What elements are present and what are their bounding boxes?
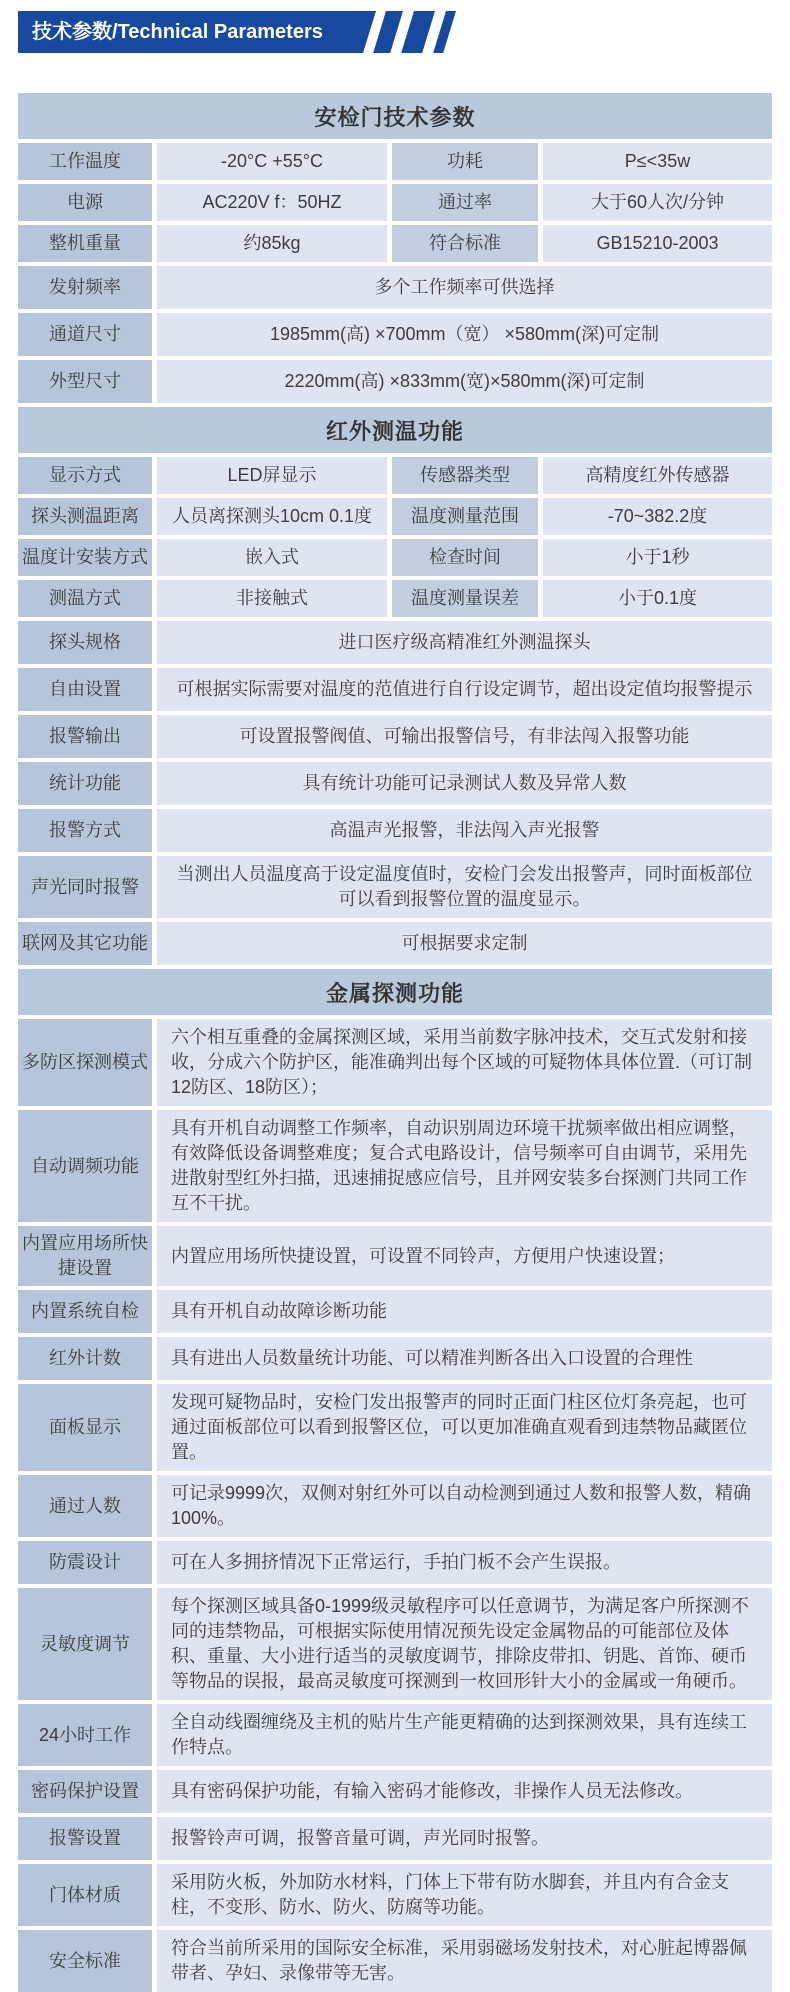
param-value-cell: 嵌入式 xyxy=(157,539,387,576)
param-label-cell: 防震设计 xyxy=(18,1541,152,1584)
param-label-cell: 面板显示 xyxy=(18,1384,152,1471)
param-value-cell: 可记录9999次，双侧对射红外可以自动检测到通过人数和报警人数，精确100%。 xyxy=(157,1475,772,1537)
param-value-cell: -20°C +55°C xyxy=(157,143,387,180)
param-label-cell: 电源 xyxy=(18,184,152,221)
param-value-cell: 多个工作频率可供选择 xyxy=(157,266,772,309)
param-value-cell: 非接触式 xyxy=(157,580,387,617)
table-row: 报警方式高温声光报警，非法闯入声光报警 xyxy=(18,809,772,852)
table-row: 外型尺寸2220mm(高) ×833mm(宽)×580mm(深)可定制 xyxy=(18,360,772,403)
param-label-cell: 报警设置 xyxy=(18,1817,152,1860)
param-label-cell: 探头测温距离 xyxy=(18,498,152,535)
table-row: 24小时工作全自动线圈缠绕及主机的贴片生产能更精确的达到探测效果，具有连续工作特… xyxy=(18,1704,772,1766)
param-label-cell: 测温方式 xyxy=(18,580,152,617)
param-label-cell: 自动调频功能 xyxy=(18,1110,152,1222)
param-value-cell: 符合当前所采用的国际安全标准，采用弱磁场发射技术，对心脏起博器佩带者、孕妇、录像… xyxy=(157,1930,772,1992)
param-value-cell: 全自动线圈缠绕及主机的贴片生产能更精确的达到探测效果，具有连续工作特点。 xyxy=(157,1704,772,1766)
parameters-table: 安检门技术参数工作温度-20°C +55°C功耗P≤<35w电源AC220V f… xyxy=(18,93,772,1992)
table-row: 电源AC220V f：50HZ通过率大于60人次/分钟 xyxy=(18,184,772,221)
param-label-cell: 通过人数 xyxy=(18,1475,152,1537)
table-row: 发射频率多个工作频率可供选择 xyxy=(18,266,772,309)
param-label-cell: 整机重量 xyxy=(18,225,152,262)
param-label-cell: 安全标准 xyxy=(18,1930,152,1992)
table-row: 探头测温距离人员离探测头10cm 0.1度温度测量范围-70~382.2度 xyxy=(18,498,772,535)
param-value-cell: 高精度红外传感器 xyxy=(543,457,772,494)
param-value-cell: 可在人多拥挤情况下正常运行，手拍门板不会产生误报。 xyxy=(157,1541,772,1584)
table-row: 联网及其它功能可根据要求定制 xyxy=(18,922,772,965)
table-row: 声光同时报警当测出人员温度高于设定温度值时，安检门会发出报警声，同时面板部位可以… xyxy=(18,856,772,918)
table-row: 整机重量约85kg符合标准GB15210-2003 xyxy=(18,225,772,262)
param-label-cell: 内置系统自检 xyxy=(18,1290,152,1333)
param-label-cell: 外型尺寸 xyxy=(18,360,152,403)
table-row: 探头规格进口医疗级高精准红外测温探头 xyxy=(18,621,772,664)
param-value-cell: 可根据实际需要对温度的范值进行自行设定调节，超出设定值均报警提示 xyxy=(157,668,772,711)
param-value-cell: 高温声光报警，非法闯入声光报警 xyxy=(157,809,772,852)
table-row: 温度计安装方式嵌入式检查时间小于1秒 xyxy=(18,539,772,576)
param-label-cell: 密码保护设置 xyxy=(18,1770,152,1813)
param-value-cell: 具有开机自动调整工作频率，自动识别周边环境干扰频率做出相应调整，有效降低设备调整… xyxy=(157,1110,772,1222)
param-value-cell: AC220V f：50HZ xyxy=(157,184,387,221)
table-row: 自动调频功能具有开机自动调整工作频率，自动识别周边环境干扰频率做出相应调整，有效… xyxy=(18,1110,772,1222)
param-value-cell: 具有统计功能可记录测试人数及异常人数 xyxy=(157,762,772,805)
table-row: 多防区探测模式六个相互重叠的金属探测区域，采用当前数字脉冲技术，交互式发射和接收… xyxy=(18,1019,772,1106)
param-value-cell: 六个相互重叠的金属探测区域，采用当前数字脉冲技术，交互式发射和接收，分成六个防护… xyxy=(157,1019,772,1106)
table-row: 内置应用场所快捷设置内置应用场所快捷设置，可设置不同铃声，方便用户快速设置； xyxy=(18,1226,772,1286)
param-label-cell: 红外计数 xyxy=(18,1337,152,1380)
param-label-cell: 多防区探测模式 xyxy=(18,1019,152,1106)
param-value-cell: 采用防火板，外加防水材料，门体上下带有防水脚套，并且内有合金支柱，不变形、防水、… xyxy=(157,1864,772,1926)
table-row: 统计功能具有统计功能可记录测试人数及异常人数 xyxy=(18,762,772,805)
param-value-cell: 2220mm(高) ×833mm(宽)×580mm(深)可定制 xyxy=(157,360,772,403)
param-label-cell: 功耗 xyxy=(392,143,538,180)
section-header: 红外测温功能 xyxy=(18,407,772,453)
param-label-cell: 温度测量范围 xyxy=(392,498,538,535)
param-label-cell: 温度测量误差 xyxy=(392,580,538,617)
param-value-cell: 1985mm(高) ×700mm（宽） ×580mm(深)可定制 xyxy=(157,313,772,356)
param-value-cell: 每个探测区域具备0-1999级灵敏程序可以任意调节，为满足客户所探测不同的违禁物… xyxy=(157,1588,772,1700)
param-value-cell: 约85kg xyxy=(157,225,387,262)
param-label-cell: 符合标准 xyxy=(392,225,538,262)
param-label-cell: 探头规格 xyxy=(18,621,152,664)
table-row: 报警设置报警铃声可调，报警音量可调，声光同时报警。 xyxy=(18,1817,772,1860)
table-row: 防震设计可在人多拥挤情况下正常运行，手拍门板不会产生误报。 xyxy=(18,1541,772,1584)
section-header: 金属探测功能 xyxy=(18,969,772,1015)
param-label-cell: 通道尺寸 xyxy=(18,313,152,356)
param-label-cell: 24小时工作 xyxy=(18,1704,152,1766)
table-row: 通过人数可记录9999次，双侧对射红外可以自动检测到通过人数和报警人数，精确10… xyxy=(18,1475,772,1537)
param-label-cell: 通过率 xyxy=(392,184,538,221)
param-label-cell: 检查时间 xyxy=(392,539,538,576)
param-value-cell: 可设置报警阀值、可输出报警信号，有非法闯入报警功能 xyxy=(157,715,772,758)
table-row: 显示方式LED屏显示传感器类型高精度红外传感器 xyxy=(18,457,772,494)
banner-stripe-icon xyxy=(401,11,435,53)
param-label-cell: 工作温度 xyxy=(18,143,152,180)
param-label-cell: 显示方式 xyxy=(18,457,152,494)
table-row: 红外计数具有进出人员数量统计功能、可以精准判断各出入口设置的合理性 xyxy=(18,1337,772,1380)
table-row: 通道尺寸1985mm(高) ×700mm（宽） ×580mm(深)可定制 xyxy=(18,313,772,356)
table-row: 测温方式非接触式温度测量误差小于0.1度 xyxy=(18,580,772,617)
param-value-cell: 当测出人员温度高于设定温度值时，安检门会发出报警声，同时面板部位可以看到报警位置… xyxy=(157,856,772,918)
table-row: 灵敏度调节每个探测区域具备0-1999级灵敏程序可以任意调节，为满足客户所探测不… xyxy=(18,1588,772,1700)
param-value-cell: 可根据要求定制 xyxy=(157,922,772,965)
param-label-cell: 温度计安装方式 xyxy=(18,539,152,576)
table-row: 工作温度-20°C +55°C功耗P≤<35w xyxy=(18,143,772,180)
param-label-cell: 统计功能 xyxy=(18,762,152,805)
table-row: 自由设置可根据实际需要对温度的范值进行自行设定调节，超出设定值均报警提示 xyxy=(18,668,772,711)
table-row: 密码保护设置具有密码保护功能，有输入密码才能修改，非操作人员无法修改。 xyxy=(18,1770,772,1813)
param-label-cell: 联网及其它功能 xyxy=(18,922,152,965)
table-row: 内置系统自检具有开机自动故障诊断功能 xyxy=(18,1290,772,1333)
table-row: 门体材质采用防火板，外加防水材料，门体上下带有防水脚套，并且内有合金支柱，不变形… xyxy=(18,1864,772,1926)
param-value-cell: 人员离探测头10cm 0.1度 xyxy=(157,498,387,535)
banner-stripe-icon xyxy=(373,11,403,53)
param-value-cell: 具有开机自动故障诊断功能 xyxy=(157,1290,772,1333)
param-label-cell: 门体材质 xyxy=(18,1864,152,1926)
param-value-cell: -70~382.2度 xyxy=(543,498,772,535)
param-value-cell: 小于1秒 xyxy=(543,539,772,576)
param-label-cell: 报警方式 xyxy=(18,809,152,852)
banner-stripe-icon xyxy=(433,11,456,53)
param-label-cell: 内置应用场所快捷设置 xyxy=(18,1226,152,1286)
param-label-cell: 报警输出 xyxy=(18,715,152,758)
param-value-cell: 进口医疗级高精准红外测温探头 xyxy=(157,621,772,664)
param-value-cell: P≤<35w xyxy=(543,143,772,180)
param-label-cell: 自由设置 xyxy=(18,668,152,711)
title-banner: 技术参数/Technical Parameters xyxy=(18,11,478,53)
table-row: 安全标准符合当前所采用的国际安全标准，采用弱磁场发射技术，对心脏起博器佩带者、孕… xyxy=(18,1930,772,1992)
param-value-cell: 具有进出人员数量统计功能、可以精准判断各出入口设置的合理性 xyxy=(157,1337,772,1380)
param-value-cell: 报警铃声可调，报警音量可调，声光同时报警。 xyxy=(157,1817,772,1860)
param-label-cell: 发射频率 xyxy=(18,266,152,309)
param-value-cell: 小于0.1度 xyxy=(543,580,772,617)
banner-title: 技术参数/Technical Parameters xyxy=(18,11,376,53)
section-header: 安检门技术参数 xyxy=(18,93,772,139)
param-value-cell: LED屏显示 xyxy=(157,457,387,494)
param-label-cell: 灵敏度调节 xyxy=(18,1588,152,1700)
param-value-cell: 大于60人次/分钟 xyxy=(543,184,772,221)
param-label-cell: 声光同时报警 xyxy=(18,856,152,918)
param-value-cell: GB15210-2003 xyxy=(543,225,772,262)
param-value-cell: 具有密码保护功能，有输入密码才能修改，非操作人员无法修改。 xyxy=(157,1770,772,1813)
table-row: 面板显示发现可疑物品时，安检门发出报警声的同时正面门柱区位灯条亮起，也可通过面板… xyxy=(18,1384,772,1471)
param-label-cell: 传感器类型 xyxy=(392,457,538,494)
param-value-cell: 发现可疑物品时，安检门发出报警声的同时正面门柱区位灯条亮起，也可通过面板部位可以… xyxy=(157,1384,772,1471)
table-row: 报警输出可设置报警阀值、可输出报警信号，有非法闯入报警功能 xyxy=(18,715,772,758)
param-value-cell: 内置应用场所快捷设置，可设置不同铃声，方便用户快速设置； xyxy=(157,1226,772,1286)
